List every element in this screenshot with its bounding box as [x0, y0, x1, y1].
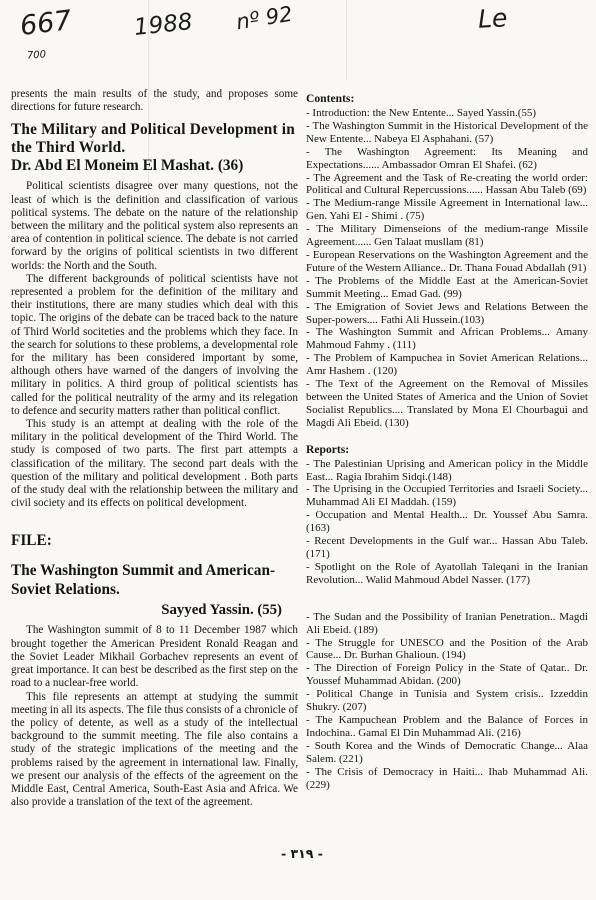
continued-paragraph: presents the main results of the study, … [11, 88, 298, 114]
contents-entry: - The Medium-range Missile Agreement in … [306, 197, 588, 223]
report-entry: - Recent Developments in the Gulf war...… [306, 535, 588, 561]
handwritten-number-667: 667 [18, 5, 73, 42]
contents-entry: - The Emigration of Soviet Jews and Rela… [306, 301, 588, 327]
file-section-label: FILE: [11, 532, 298, 550]
handwritten-issue-number: nº 92 [234, 2, 294, 35]
report-entry: - The Uprising in the Occupied Territori… [306, 483, 588, 509]
contents-entry: - The Military Dimenseions of the medium… [306, 223, 588, 249]
report-entry: - The Crisis of Democracy in Haiti... Ih… [306, 766, 588, 792]
handwritten-year: 1988 [133, 9, 194, 41]
scanned-journal-page: 667 700 1988 nº 92 Le presents the main … [0, 0, 596, 900]
article-paragraph: This study is an attempt at dealing with… [11, 418, 298, 510]
contents-entry: - The Washington Summit and African Prob… [306, 326, 588, 352]
handwritten-number-700: 700 [27, 49, 47, 61]
file-title: The Washington Summit and American-Sovie… [11, 562, 298, 599]
contents-entry: - The Washington Summit in the Historica… [306, 120, 588, 146]
right-column: Contents: - Introduction: the New Entent… [306, 92, 588, 791]
report-entry: - South Korea and the Winds of Democrati… [306, 740, 588, 766]
report-entry: - Spotlight on the Role of Ayatollah Tal… [306, 561, 588, 587]
reports-label: Reports: [306, 443, 588, 457]
file-paragraph: This file represents an attempt at study… [11, 691, 298, 810]
article-paragraph: The different backgrounds of political s… [11, 273, 298, 418]
article-paragraph: Political scientists disagree over many … [11, 180, 298, 272]
article-author: Dr. Abd El Moneim El Mashat. (36) [11, 157, 298, 175]
report-entry: - The Direction of Foreign Policy in the… [306, 662, 588, 688]
reports-group-gap [306, 587, 588, 611]
handwritten-mark: Le [477, 3, 508, 33]
report-entry: - The Struggle for UNESCO and the Positi… [306, 637, 588, 663]
contents-label: Contents: [306, 92, 588, 106]
file-author: Sayyed Yassin. (55) [11, 602, 298, 619]
contents-entry: - The Text of the Agreement on the Remov… [306, 378, 588, 430]
contents-entry: - Introduction: the New Entente... Sayed… [306, 107, 588, 120]
contents-entry: - The Washington Agreement: Its Meaning … [306, 146, 588, 172]
contents-entry: - The Problems of the Middle East at the… [306, 275, 588, 301]
left-column: presents the main results of the study, … [11, 88, 298, 809]
report-entry: - Political Change in Tunisia and System… [306, 688, 588, 714]
report-entry: - The Palestinian Uprising and American … [306, 458, 588, 484]
page-number: - ٣١٩ - [232, 846, 372, 861]
report-entry: - The Sudan and the Possibility of Irani… [306, 611, 588, 637]
contents-entry: - European Reservations on the Washingto… [306, 249, 588, 275]
report-entry: - Occupation and Mental Health... Dr. Yo… [306, 509, 588, 535]
report-entry: - The Kampuchean Problem and the Balance… [306, 714, 588, 740]
contents-entry: - The Problem of Kampuchea in Soviet Ame… [306, 352, 588, 378]
contents-entry: - The Agreement and the Task of Re-creat… [306, 172, 588, 198]
file-paragraph: The Washington summit of 8 to 11 Decembe… [11, 624, 298, 690]
scan-fold-line [346, 0, 347, 80]
article-title: The Military and Political Development i… [11, 121, 298, 157]
